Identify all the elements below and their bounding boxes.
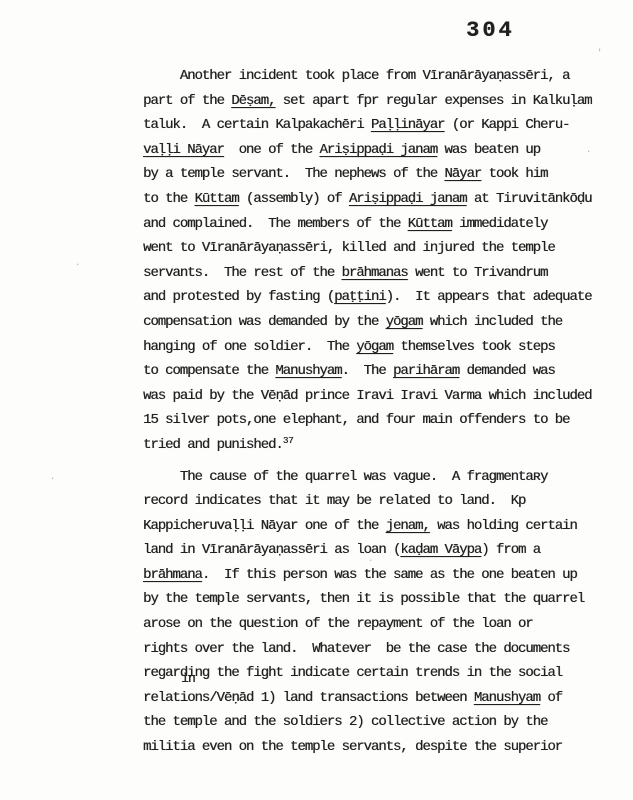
text-segment: went to Vīranārāyaṇassēri, killed and in…	[143, 240, 555, 256]
text-segment: tried and punished.	[143, 437, 283, 453]
text-line: relations/Vēṇād 1) land transactions bet…	[143, 686, 613, 711]
text-segment: themselves took steps	[393, 339, 555, 355]
scan-speck: '	[597, 48, 602, 58]
text-segment: land in Vīranārāyaṇassēri as loan (	[143, 542, 400, 558]
underlined-term: Ariṣippaḍi janam	[349, 191, 467, 207]
text-segment: was beaten up	[437, 142, 540, 158]
text-line: Kappicheruvaḷḷi Nāyar one of the jenam, …	[143, 514, 613, 539]
text-segment: the temple and the soldiers 2) collectiv…	[143, 714, 547, 730]
page-text-block: Another incident took place from Vīranār…	[143, 64, 613, 760]
text-line: regarding the fight indicate certain tre…	[143, 661, 613, 686]
text-segment: militia even on the temple servants, des…	[143, 739, 562, 755]
underlined-term: Ariṣippaḍi janam	[319, 142, 437, 158]
text-segment: (assembly) of	[239, 191, 349, 207]
page-number: 304	[466, 18, 515, 43]
underlined-term: yōgam	[356, 339, 393, 355]
text-line: 15 silver pots,one elephant, and four ma…	[143, 408, 613, 433]
text-segment: regarding the fight indicate certain tre…	[143, 665, 562, 681]
underlined-term: paṭṭini	[334, 289, 385, 305]
text-line: taluk. A certain Kalpakachēri Paḷḷināyar…	[143, 113, 613, 138]
text-segment: of	[540, 690, 562, 706]
scan-speck: ·	[75, 260, 80, 270]
text-segment: which included the	[422, 314, 562, 330]
text-segment: . If this person was the same as the one…	[202, 567, 577, 583]
underlined-term: brāhmana	[143, 567, 202, 583]
underlined-term: jenam,	[386, 518, 430, 534]
text-line: record indicates that it may be related …	[143, 489, 613, 514]
text-line: brāhmana. If this person was the same as…	[143, 563, 613, 588]
text-segment: Kappicheruvaḷḷi Nāyar one of the	[143, 518, 386, 534]
text-segment: was paid by the Vēṇād prince Iravi Iravi…	[143, 388, 591, 404]
paragraph-2: The cause of the quarrel was vague. A fr…	[143, 465, 613, 760]
text-line: compensation was demanded by the yōgam w…	[143, 310, 613, 335]
text-line: the temple and the soldiers 2) collectiv…	[143, 710, 613, 735]
text-segment: took him	[481, 166, 547, 182]
text-line: Another incident took place from Vīranār…	[143, 64, 613, 89]
text-segment: compensation was demanded by the	[143, 314, 386, 330]
text-segment: hanging of one soldier. The	[143, 339, 356, 355]
text-line: and protested by fasting (paṭṭini). It a…	[143, 285, 613, 310]
underlined-term: vaḷḷi Nāyar	[143, 142, 224, 158]
text-segment: and protested by fasting (	[143, 289, 334, 305]
text-segment: ). It appears that adequate	[386, 289, 592, 305]
text-segment: immedidately	[452, 216, 548, 232]
text-segment: at Tiruvitānkōḍu	[466, 191, 591, 207]
text-segment: ) from a	[481, 542, 540, 558]
text-segment: to the	[143, 191, 194, 207]
text-line: part of the Dēṣam, set apart fpr regular…	[143, 89, 613, 114]
text-segment: servants. The rest of the	[143, 265, 342, 281]
text-line: arose on the question of the repayment o…	[143, 612, 613, 637]
scanned-document-page: 304 in Another incident took place from …	[0, 0, 633, 800]
text-segment: and complained. The members of the	[143, 216, 408, 232]
text-segment: demanded was	[459, 363, 555, 379]
text-line: by a temple servant. The nephews of the …	[143, 162, 613, 187]
text-line: hanging of one soldier. The yōgam themse…	[143, 335, 613, 360]
underlined-term: yōgam	[386, 314, 423, 330]
text-segment: Another incident took place from Vīranār…	[143, 68, 569, 84]
text-line: was paid by the Vēṇād prince Iravi Iravi…	[143, 384, 613, 409]
text-segment: arose on the question of the repayment o…	[143, 616, 533, 632]
text-segment: record indicates that it may be related …	[143, 493, 525, 509]
text-line: by the temple servants, then it is possi…	[143, 587, 613, 612]
text-segment: (or Kappi Cheru-	[444, 117, 569, 133]
underlined-term: Kūttam	[194, 191, 238, 207]
text-line: land in Vīranārāyaṇassēri as loan (kaḍam…	[143, 538, 613, 563]
text-line: to compensate the Manushyam. The parihār…	[143, 359, 613, 384]
text-line: vaḷḷi Nāyar one of the Ariṣippaḍi janam …	[143, 138, 613, 163]
underlined-term: Manushyam	[474, 690, 540, 706]
text-line: and complained. The members of the Kūtta…	[143, 212, 613, 237]
text-segment: rights over the land. Whatever be the ca…	[143, 641, 569, 657]
text-line: went to Vīranārāyaṇassēri, killed and in…	[143, 236, 613, 261]
text-segment: by the temple servants, then it is possi…	[143, 591, 584, 607]
underlined-term: Paḷḷināyar	[371, 117, 445, 133]
underlined-term: Manushyam	[275, 363, 341, 379]
text-segment: went to Trivandrum	[408, 265, 548, 281]
text-line: militia even on the temple servants, des…	[143, 735, 613, 760]
paragraph-1: Another incident took place from Vīranār…	[143, 64, 613, 459]
text-segment: set apart fpr regular expenses in Kalkuḷ…	[275, 93, 591, 109]
underlined-term: brāhmanas	[342, 265, 408, 281]
text-segment: was holding certain	[430, 518, 577, 534]
text-segment: . The	[342, 363, 393, 379]
text-line: to the Kūttam (assembly) of Ariṣippaḍi j…	[143, 187, 613, 212]
text-line: servants. The rest of the brāhmanas went…	[143, 261, 613, 286]
text-line: The cause of the quarrel was vague. A fr…	[143, 465, 613, 490]
underlined-term: Nāyar	[444, 166, 481, 182]
underlined-term: Dēṣam,	[231, 93, 275, 109]
text-segment: 15 silver pots,one elephant, and four ma…	[143, 412, 569, 428]
text-segment: part of the	[143, 93, 231, 109]
text-segment: one of the	[224, 142, 320, 158]
scan-speck: ·	[50, 474, 55, 484]
underlined-term: kaḍam Vāypa	[400, 542, 481, 558]
text-segment: relations/Vēṇād 1) land transactions bet…	[143, 690, 474, 706]
text-segment: to compensate the	[143, 363, 275, 379]
scan-speck: ·	[368, 556, 373, 566]
footnote-reference: 37	[283, 435, 294, 446]
scan-speck: ·	[586, 147, 591, 157]
text-line: rights over the land. Whatever be the ca…	[143, 637, 613, 662]
text-segment: by a temple servant. The nephews of the	[143, 166, 444, 182]
text-line: tried and punished.37	[143, 433, 613, 459]
text-segment: The cause of the quarrel was vague. A fr…	[143, 469, 547, 485]
text-segment: taluk. A certain Kalpakachēri	[143, 117, 371, 133]
underlined-term: parihāram	[393, 363, 459, 379]
underlined-term: Kūttam	[408, 216, 452, 232]
